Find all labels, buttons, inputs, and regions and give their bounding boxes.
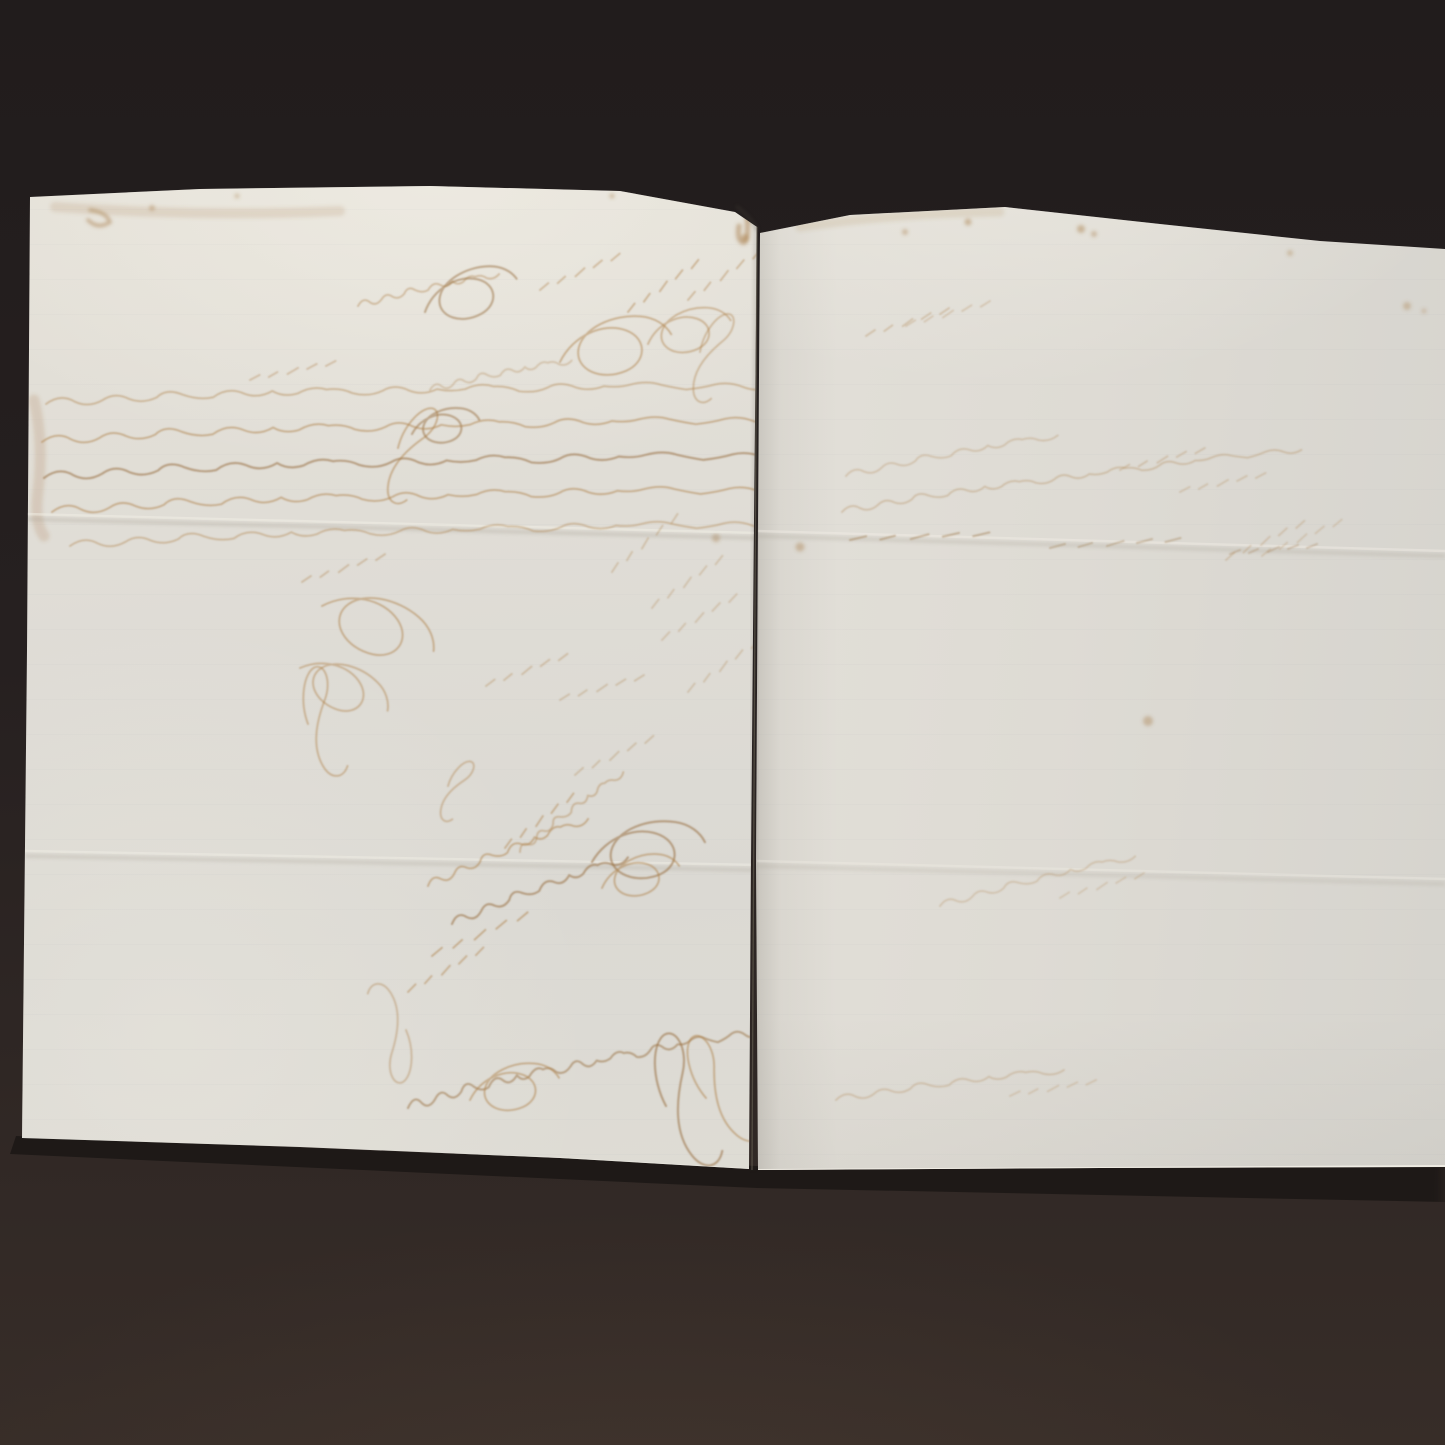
photograph-scene [0, 0, 1445, 1445]
bleed-through-script [937, 856, 1138, 906]
bleed-through-strokes [572, 736, 657, 775]
bleed-through-stroke [366, 979, 420, 1085]
bleed-through-strokes [428, 912, 531, 956]
bleed-through-stroke [434, 757, 477, 823]
bleed-through-strokes [483, 654, 570, 686]
upper-crease-shadow [757, 536, 1445, 556]
foxing-spot [610, 194, 615, 199]
bleed-through-strokes [683, 250, 765, 300]
crease-stain-blob [796, 543, 805, 552]
bleed-through-strokes [1119, 448, 1207, 470]
bleed-through-flourish [555, 311, 676, 382]
foxing-spot [1403, 302, 1411, 310]
bleed-through-strokes [1009, 1080, 1096, 1096]
bleed-through-strokes [864, 308, 951, 336]
foxing-spot [1091, 231, 1097, 237]
foxing-spot [235, 194, 240, 199]
bleed-through-flourish [643, 303, 734, 359]
bleed-through-strokes [558, 675, 645, 700]
bleed-through-script [844, 435, 1060, 476]
bleed-through-script [835, 1070, 1064, 1100]
bleed-through-strokes [300, 554, 387, 582]
bleed-through-stroke [685, 309, 738, 405]
bleed-through-strokes [658, 594, 741, 640]
bleed-through-text-line [46, 355, 771, 434]
bleed-through-strokes [647, 556, 727, 608]
bleed-through-text-line [42, 391, 783, 470]
bleed-through-flourish [418, 259, 523, 328]
foxing-spot [902, 229, 908, 235]
bleed-through-strokes [404, 947, 488, 992]
bleed-through-strokes [537, 254, 623, 290]
upper-crease-highlight [757, 531, 1445, 551]
bleed-through-flourish [590, 818, 708, 881]
bleed-through-stroke [296, 665, 349, 780]
detail-overlay [0, 0, 1445, 1445]
foxing-spot [149, 205, 155, 211]
fold-top-stain-blob [741, 234, 749, 242]
bleed-through-strokes [623, 260, 703, 312]
tan-spot [1143, 716, 1153, 726]
bottom-edge-highlight [24, 1139, 749, 1169]
foxing-spot [1422, 309, 1427, 314]
bleed-through-flourish [642, 1030, 726, 1174]
bleed-through-strokes [249, 361, 337, 380]
bleed-through-flourish [466, 1059, 562, 1116]
bleed-through-strokes [904, 301, 991, 326]
foxing-spot [1287, 250, 1293, 256]
foxing-spot [1077, 225, 1085, 233]
lower-crease-shadow [757, 866, 1445, 884]
bleed-through-script [840, 449, 1303, 512]
foxing-spot [965, 219, 972, 226]
bottom-edge-highlight [758, 1166, 1445, 1170]
bleed-through-strokes [1179, 473, 1267, 492]
